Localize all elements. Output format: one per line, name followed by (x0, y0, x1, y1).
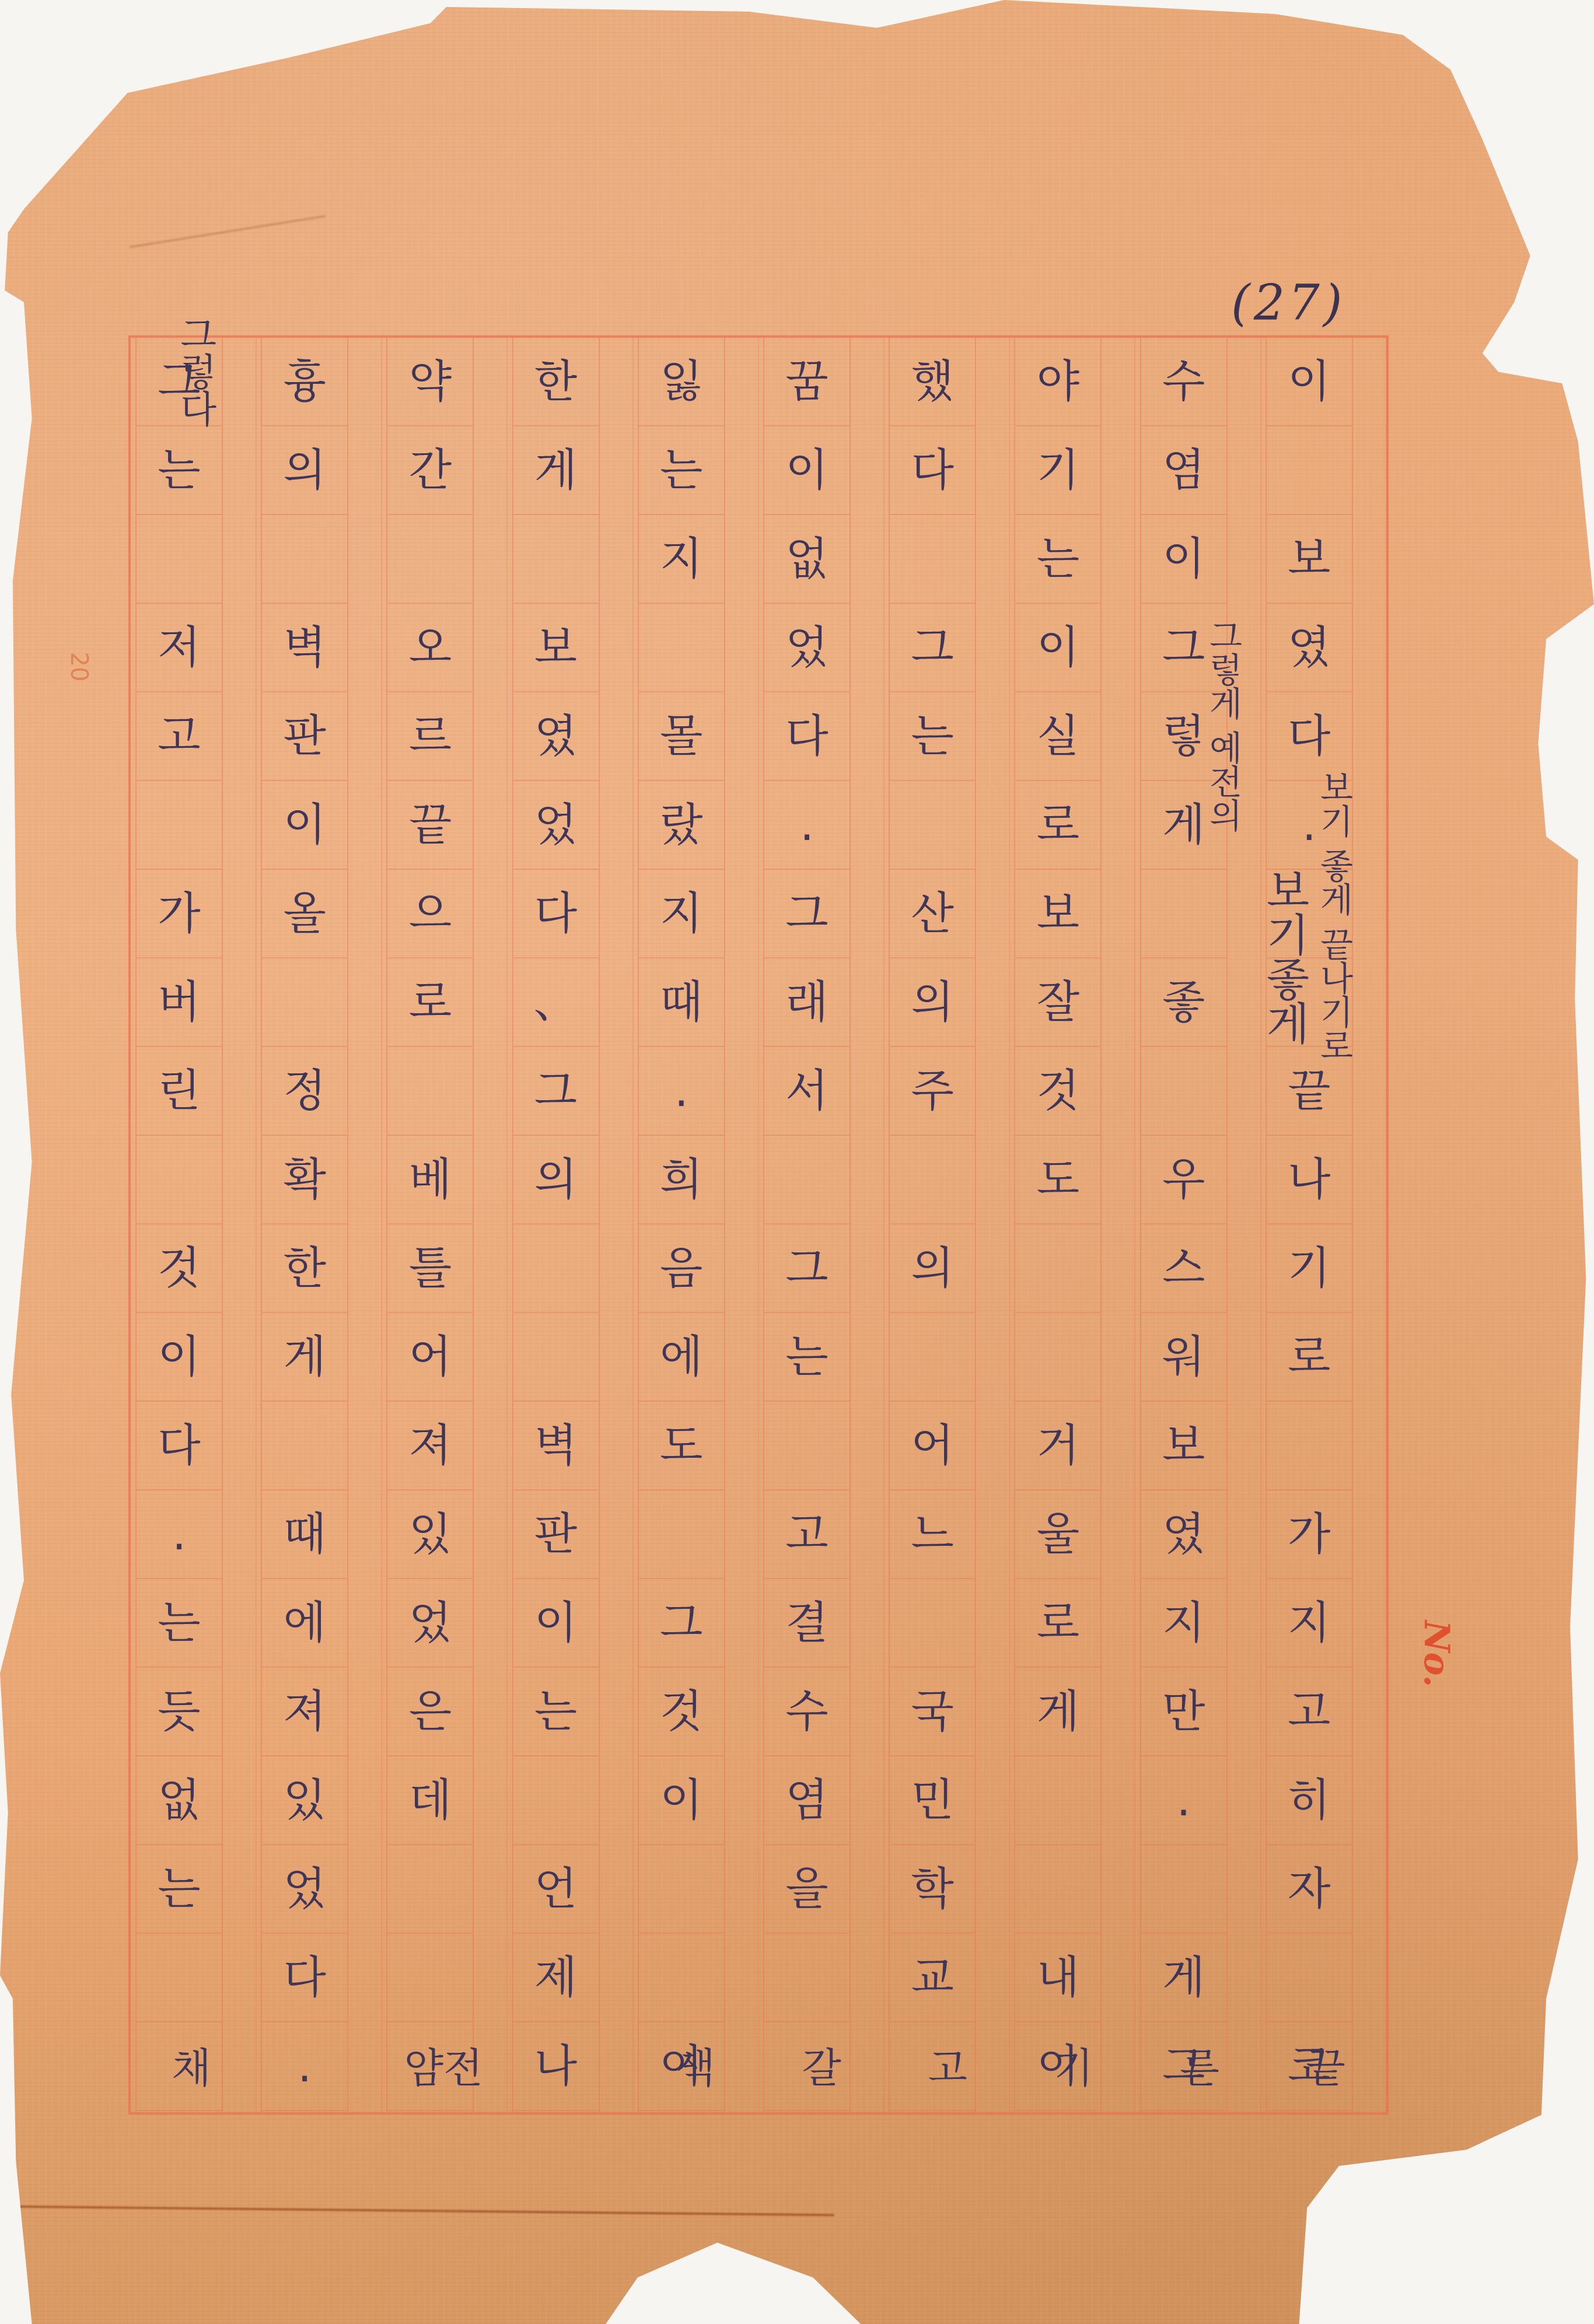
grid-cell: 히 (1267, 1756, 1352, 1845)
column-cells: 한게보였었다、그의벽판이는언제나 (512, 338, 600, 2112)
grid-cell: 때 (262, 1490, 347, 1579)
grid-cell (513, 1756, 599, 1845)
grid-cell: 다 (1267, 692, 1352, 781)
grid-cell (137, 1934, 222, 2022)
grid-cell (890, 1313, 975, 1402)
grid-cell: 때 (639, 958, 724, 1047)
grid-cell (639, 1490, 724, 1579)
grid-cell: 실 (1015, 692, 1100, 781)
grid-cell: 보 (1141, 1402, 1226, 1490)
text-columns: 이보였다.보기좋게끝나기로가지고히자코수염이그렇게좋우스워보였지만.게그야기는이… (131, 338, 1386, 2112)
manuscript-column: 그는저고가버린것이다.는듯없는 (131, 338, 256, 2112)
grid-cell: 의 (262, 426, 347, 515)
grid-cell: 는 (137, 1845, 222, 1934)
column-gap-strip (1228, 338, 1261, 2112)
grid-cell (764, 1136, 850, 1224)
grid-cell: 는 (639, 426, 724, 515)
page-number: (27) (1231, 274, 1418, 338)
grid-cell: 에 (262, 1579, 347, 1668)
manuscript-column: 수염이그렇게좋우스워보였지만.게그 (1135, 338, 1261, 2112)
grid-cell: 제 (513, 1934, 599, 2022)
manuscript-column: 꿈이없었다.그래서그는고결수염을 (758, 338, 884, 2112)
grid-cell: 게 (1015, 1668, 1100, 1756)
grid-cell: 르 (387, 692, 473, 781)
column-gap-strip (1102, 338, 1135, 2112)
grid-cell (1015, 1845, 1100, 1934)
grid-cell: 것 (639, 1668, 724, 1756)
grid-cell: 의 (513, 1136, 599, 1224)
grid-cell (387, 515, 473, 604)
grid-cell: 있 (387, 1490, 473, 1579)
grid-cell: 다 (513, 870, 599, 958)
grid-cell: 이 (262, 781, 347, 870)
grid-cell: 고 (137, 692, 222, 781)
grid-cell: 듯 (137, 1668, 222, 1756)
grid-cell (1141, 1047, 1226, 1136)
grid-cell: 고 (764, 1490, 850, 1579)
grid-cell: 지 (1141, 1579, 1226, 1668)
grid-cell: . (764, 781, 850, 870)
grid-cell: 지 (1267, 1579, 1352, 1668)
grid-cell: 음 (639, 1224, 724, 1313)
column-gap-strip (1353, 338, 1387, 2112)
grid-cell: 도 (1015, 1136, 1100, 1224)
grid-cell (387, 1047, 473, 1136)
grid-cell: 버 (137, 958, 222, 1047)
grid-cell: 다 (262, 1934, 347, 2022)
grid-cell: 없 (764, 515, 850, 604)
grid-cell: 、 (513, 958, 599, 1047)
grid-cell: 지 (639, 870, 724, 958)
grid-cell: 이 (1015, 604, 1100, 692)
manuscript-column: 흉의벽판이올정확한게때에져있었다. (256, 338, 382, 2112)
column-gap-strip (223, 338, 257, 2112)
grid-cell: . (639, 1047, 724, 1136)
margin-annotation: 보기 좋게 끝나기로 (1316, 770, 1351, 1062)
grid-cell: 있 (262, 1756, 347, 1845)
grid-cell: 이 (1141, 515, 1226, 604)
grid-cell: 에 (639, 1313, 724, 1402)
grid-cell: 느 (890, 1490, 975, 1579)
grid-cell: 교 (890, 1934, 975, 2022)
grid-cell: 이 (137, 1313, 222, 1402)
margin-annotation: 그렇게 예전의 (1205, 618, 1240, 832)
grid-cell (387, 1845, 473, 1934)
grid-cell: 었 (262, 1845, 347, 1934)
grid-cell: 었 (764, 604, 850, 692)
grid-cell (890, 1136, 975, 1224)
grid-cell: 흉 (262, 338, 347, 426)
grid-cell (1141, 1845, 1226, 1934)
grid-cell: 이 (764, 426, 850, 515)
manuscript-column: 야기는이실로보잘것도거울로게내이 (1009, 338, 1135, 2112)
column-cells: 그는저고가버린것이다.는듯없는 (135, 338, 223, 2112)
grid-cell: 정 (262, 1047, 347, 1136)
grid-cell: 올 (262, 870, 347, 958)
grid-cell: 져 (262, 1668, 347, 1756)
grid-cell (890, 781, 975, 870)
grid-cell: 는 (1015, 515, 1100, 604)
grid-cell: 것 (1015, 1047, 1100, 1136)
grid-cell: 울 (1015, 1490, 1100, 1579)
margin-annotation: 그렇다 (175, 315, 214, 427)
manuscript-column: 약간오르끝으로베틀어져있었은데 (382, 338, 507, 2112)
column-cells: 흉의벽판이올정확한게때에져있었다. (261, 338, 348, 2112)
paper-tear-line (18, 2206, 834, 2217)
manuscript-column: 한게보였었다、그의벽판이는언제나 (508, 338, 633, 2112)
column-cells: 수염이그렇게좋우스워보였지만.게그 (1140, 338, 1228, 2112)
grid-cell (1015, 1313, 1100, 1402)
column-gap-strip (851, 338, 885, 2112)
grid-cell: 그 (639, 1579, 724, 1668)
grid-cell: 보 (513, 604, 599, 692)
grid-cell: 틀 (387, 1224, 473, 1313)
grid-cell: 자 (1267, 1845, 1352, 1934)
grid-cell: 어 (890, 1402, 975, 1490)
grid-cell: 데 (387, 1756, 473, 1845)
grid-cell: 로 (387, 958, 473, 1047)
grid-cell: 희 (639, 1136, 724, 1224)
overflow-character: 고 (885, 2018, 1011, 2106)
grid-cell: 잃 (639, 338, 724, 426)
grid-cell: 이 (639, 1756, 724, 1845)
grid-cell: 가 (1267, 1490, 1352, 1579)
margin-number: 20 (65, 652, 92, 682)
grid-cell: 가 (137, 870, 222, 958)
overflow-character: 기 (1011, 2018, 1137, 2106)
grid-cell: . (137, 1490, 222, 1579)
overflow-character: 색 (632, 2018, 758, 2106)
grid-cell: 한 (513, 338, 599, 426)
grid-cell: 지 (639, 515, 724, 604)
column-gap-strip (600, 338, 634, 2112)
grid-cell: 는 (513, 1668, 599, 1756)
grid-cell: 게 (1141, 1934, 1226, 2022)
grid-cell: 언 (513, 1845, 599, 1934)
grid-cell (890, 515, 975, 604)
grid-cell: 다 (890, 426, 975, 515)
grid-cell: 민 (890, 1756, 975, 1845)
grid-cell: 는 (137, 1579, 222, 1668)
grid-cell: 학 (890, 1845, 975, 1934)
grid-cell: 보 (1015, 870, 1100, 958)
grid-cell: 랐 (639, 781, 724, 870)
red-number-stamp: No. (1416, 1620, 1457, 1688)
grid-cell: 였 (513, 692, 599, 781)
grid-cell: 고 (1267, 1668, 1352, 1756)
grid-cell: 래 (764, 958, 850, 1047)
grid-cell: 는 (137, 426, 222, 515)
column-gap-strip (348, 338, 382, 2112)
column-cells: 약간오르끝으로베틀어져있었은데 (386, 338, 474, 2112)
grid-cell (137, 781, 222, 870)
overflow-character: 끝 (1263, 2018, 1389, 2106)
grid-cell (1267, 1402, 1352, 1490)
grid-cell: 게 (513, 426, 599, 515)
grid-cell: 로 (1015, 781, 1100, 870)
grid-cell: 그 (890, 604, 975, 692)
grid-cell: 했 (890, 338, 975, 426)
column-cells: 이보였다.보기좋게끝나기로가지고히자코 (1266, 338, 1353, 2112)
grid-cell: 꿈 (764, 338, 850, 426)
grid-cell: 워 (1141, 1313, 1226, 1402)
grid-cell: 게 (262, 1313, 347, 1402)
grid-cell (1267, 426, 1352, 515)
grid-cell (137, 515, 222, 604)
grid-cell (1267, 1934, 1352, 2022)
column-cells: 잃는지몰랐지때.희음에도그것이여 (638, 338, 725, 2112)
grid-cell (1015, 1224, 1100, 1313)
grid-cell (890, 1579, 975, 1668)
grid-cell: 좋 (1141, 958, 1226, 1047)
grid-cell: 몰 (639, 692, 724, 781)
grid-cell: 스 (1141, 1224, 1226, 1313)
grid-cell (639, 1934, 724, 2022)
grid-cell: 것 (137, 1224, 222, 1313)
grid-cell: 끝 (387, 781, 473, 870)
grid-cell: 국 (890, 1668, 975, 1756)
grid-cell: 의 (890, 958, 975, 1047)
grid-cell: 기 (1267, 1224, 1352, 1313)
grid-cell: 저 (137, 604, 222, 692)
grid-cell: 그 (764, 870, 850, 958)
grid-cell: 야 (1015, 338, 1100, 426)
grid-cell: 져 (387, 1402, 473, 1490)
grid-cell: 도 (639, 1402, 724, 1490)
overflow-character (506, 2018, 632, 2106)
grid-cell: 벽 (262, 604, 347, 692)
column-gap-strip (976, 338, 1010, 2112)
grid-cell: 의 (890, 1224, 975, 1313)
grid-cell: 보 (1267, 515, 1352, 604)
grid-cell: 확 (262, 1136, 347, 1224)
overflow-character: 채 (128, 2018, 254, 2106)
grid-cell: 으 (387, 870, 473, 958)
grid-cell: 우 (1141, 1136, 1226, 1224)
grid-cell: 은 (387, 1668, 473, 1756)
grid-cell: 베 (387, 1136, 473, 1224)
grid-cell: 만 (1141, 1668, 1226, 1756)
grid-cell (262, 1402, 347, 1490)
grid-cell (1015, 1756, 1100, 1845)
grid-cell (262, 958, 347, 1047)
overflow-character: 갈 (758, 2018, 885, 2106)
overflow-character: 른 (1137, 2018, 1263, 2106)
grid-cell: 이 (1267, 338, 1352, 426)
grid-cell: 수 (764, 1668, 850, 1756)
grid-cell: 는 (764, 1313, 850, 1402)
grid-cell (639, 1845, 724, 1934)
grid-cell: 을 (764, 1845, 850, 1934)
grid-cell (387, 1934, 473, 2022)
grid-cell: 거 (1015, 1402, 1100, 1490)
grid-cell: 없 (137, 1756, 222, 1845)
column-gap-strip (725, 338, 759, 2112)
grid-cell: 판 (513, 1490, 599, 1579)
grid-cell: 이 (513, 1579, 599, 1668)
grid-cell: 기 (1015, 426, 1100, 515)
overflow-character (254, 2018, 380, 2106)
grid-cell: 다 (137, 1402, 222, 1490)
grid-cell: 내 (1015, 1934, 1100, 2022)
grid-cell (764, 1402, 850, 1490)
grid-cell: 염 (764, 1756, 850, 1845)
grid-cell: 결 (764, 1579, 850, 1668)
grid-cell: 린 (137, 1047, 222, 1136)
grid-cell: 그 (764, 1224, 850, 1313)
manuscript-column: 했다그는산의주의어느국민학교 (884, 338, 1009, 2112)
grid-cell: 염 (1141, 426, 1226, 515)
overflow-character: 얌전 (380, 2018, 506, 2106)
grid-cell (137, 1136, 222, 1224)
grid-cell: 로 (1015, 1579, 1100, 1668)
grid-cell (513, 1313, 599, 1402)
overflow-row: 끝른기고갈색얌전채 (128, 2018, 1389, 2106)
grid-cell: 어 (387, 1313, 473, 1402)
manuscript-column: 이보였다.보기좋게끝나기로가지고히자코 (1261, 338, 1386, 2112)
grid-cell: 다 (764, 692, 850, 781)
grid-cell: 였 (1267, 604, 1352, 692)
grid-cell: 수 (1141, 338, 1226, 426)
grid-cell: 간 (387, 426, 473, 515)
column-cells: 야기는이실로보잘것도거울로게내이 (1014, 338, 1102, 2112)
grid-cell: . (1141, 1756, 1226, 1845)
manuscript-grid: 이보였다.보기좋게끝나기로가지고히자코수염이그렇게좋우스워보였지만.게그야기는이… (128, 335, 1389, 2115)
grid-cell: 벽 (513, 1402, 599, 1490)
grid-cell: 였 (1141, 1490, 1226, 1579)
manuscript-column: 잃는지몰랐지때.희음에도그것이여 (633, 338, 758, 2112)
grid-cell: 었 (387, 1579, 473, 1668)
grid-cell: 서 (764, 1047, 850, 1136)
grid-cell: 나 (1267, 1136, 1352, 1224)
grid-cell: 그 (513, 1047, 599, 1136)
grid-cell: 한 (262, 1224, 347, 1313)
grid-cell: 산 (890, 870, 975, 958)
grid-cell: 주 (890, 1047, 975, 1136)
grid-cell (262, 515, 347, 604)
grid-cell (764, 1934, 850, 2022)
column-gap-strip (474, 338, 508, 2112)
column-cells: 했다그는산의주의어느국민학교 (889, 338, 976, 2112)
grid-cell: 판 (262, 692, 347, 781)
grid-cell: 잘 (1015, 958, 1100, 1047)
paper-crease (130, 215, 326, 248)
grid-cell: 는 (890, 692, 975, 781)
grid-cell (513, 515, 599, 604)
grid-cell: 약 (387, 338, 473, 426)
grid-cell: 었 (513, 781, 599, 870)
grid-cell (639, 604, 724, 692)
grid-cell: 오 (387, 604, 473, 692)
grid-cell (1141, 870, 1226, 958)
grid-cell: 로 (1267, 1313, 1352, 1402)
column-cells: 꿈이없었다.그래서그는고결수염을 (763, 338, 851, 2112)
grid-cell (513, 1224, 599, 1313)
